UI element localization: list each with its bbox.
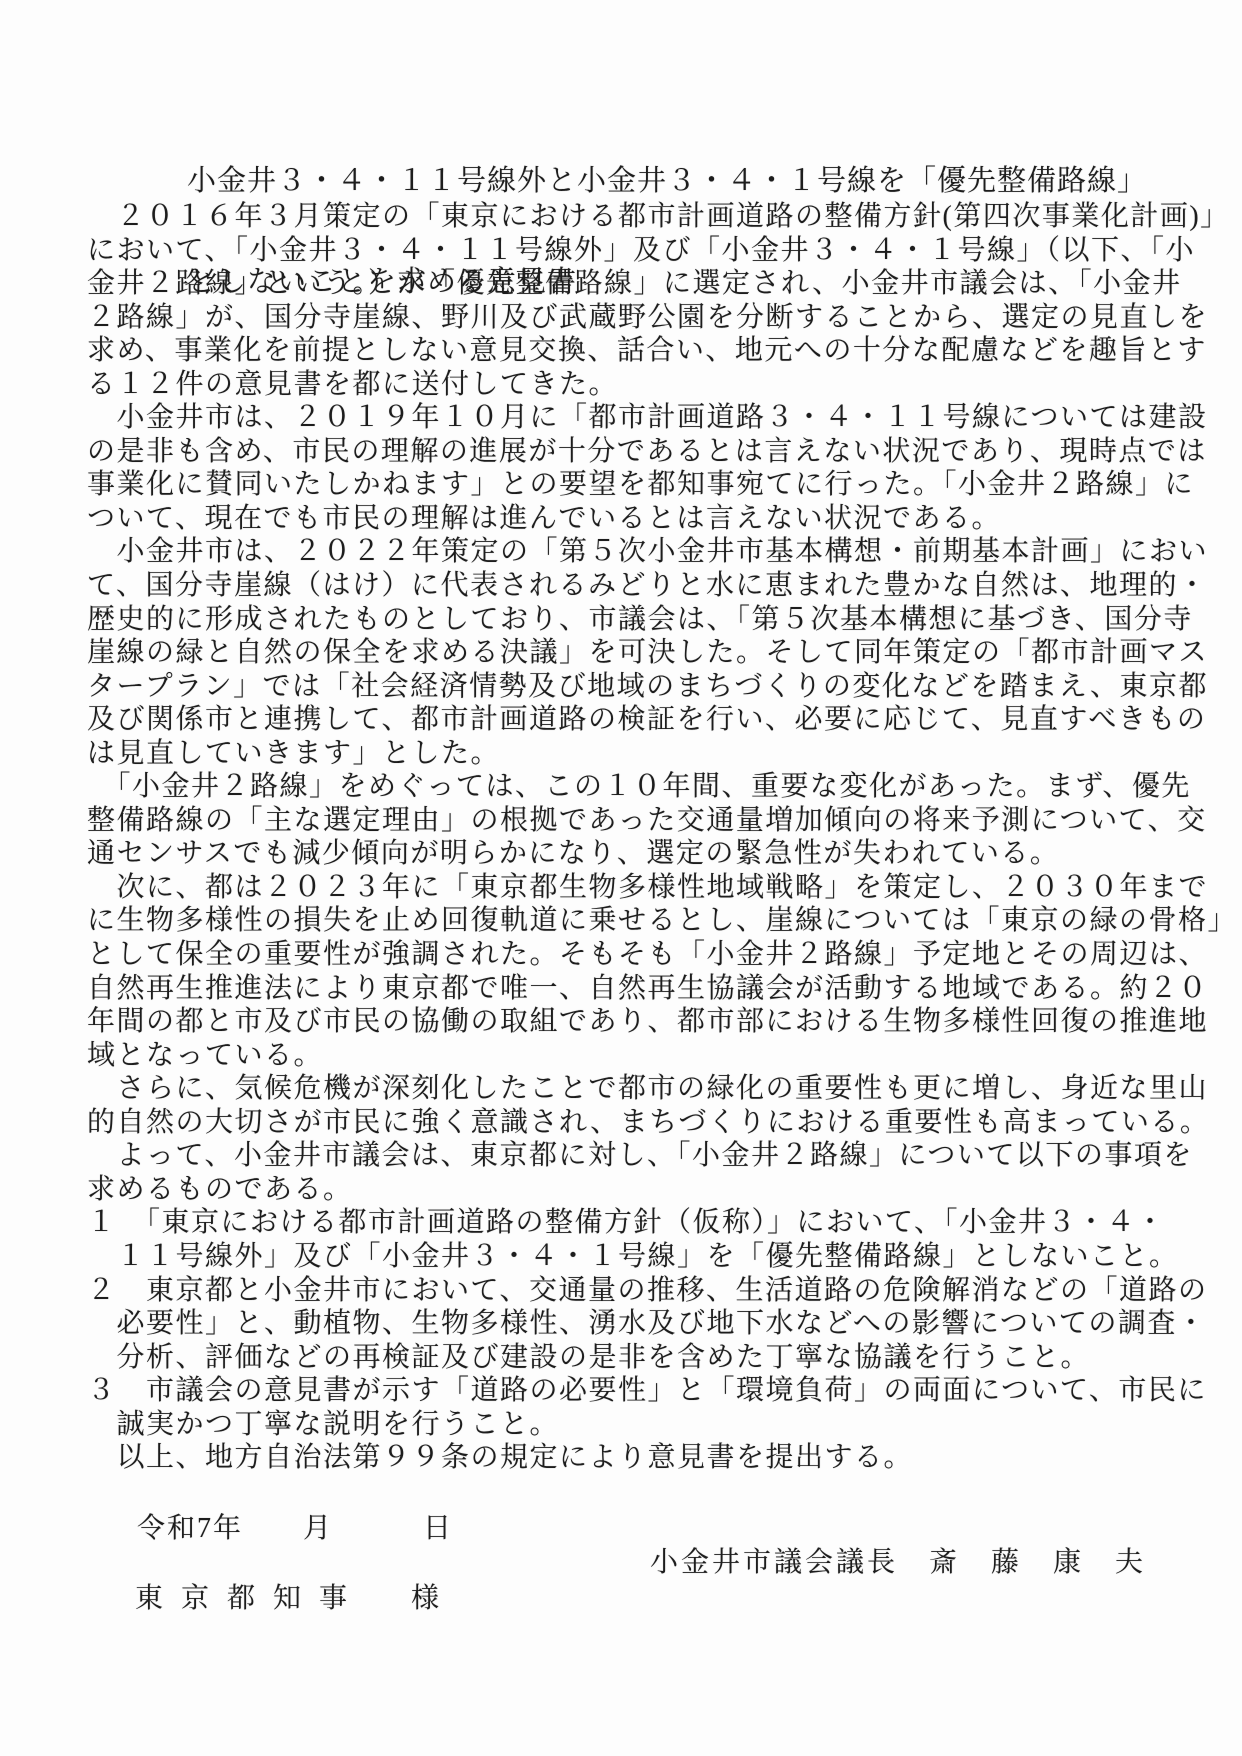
- body-line: 及び関係市と連携して、都市計画道路の検証を行い、必要に応じて、見直すべきもの: [87, 703, 1237, 737]
- body-line: 崖線の緑と自然の保全を求める決議」を可決した。そして同年策定の「都市計画マス: [87, 636, 1237, 670]
- body-line: ２路線」が、国分寺崖線、野川及び武蔵野公園を分断することから、選定の見直しを: [87, 301, 1237, 335]
- body-line: １ 「東京における都市計画道路の整備方針（仮称）」において、「小金井３・４・: [87, 1206, 1237, 1240]
- body-line: は見直していきます」とした。: [87, 737, 1237, 771]
- body-line: として保全の重要性が強調された。そもそも「小金井２路線」予定地とその周辺は、: [87, 938, 1237, 972]
- signature-line: 小金井市議会議長 斎 藤 康 夫: [650, 1540, 1146, 1580]
- body-line: において、「小金井３・４・１１号線外」及び「小金井３・４・１号線」（以下、「小: [87, 234, 1237, 268]
- body-line: ２０１６年３月策定の「東京における都市計画道路の整備方針(第四次事業化計画)」: [87, 200, 1237, 234]
- body-line: 小金井市は、２０１９年１０月に「都市計画道路３・４・１１号線については建設: [87, 401, 1237, 435]
- body-line: 歴史的に形成されたものとしており、市議会は、「第５次基本構想に基づき、国分寺: [87, 603, 1237, 637]
- body-line: 「小金井２路線」をめぐっては、この１０年間、重要な変化があった。まず、優先: [87, 770, 1237, 804]
- body-line: さらに、気候危機が深刻化したことで都市の緑化の重要性も更に増し、身近な里山: [87, 1072, 1237, 1106]
- body-line: 誠実かつ丁寧な説明を行うこと。: [87, 1408, 1237, 1442]
- body-line: １１号線外」及び「小金井３・４・１号線」を「優先整備路線」としないこと。: [87, 1240, 1237, 1274]
- body-line: 必要性」と、動植物、生物多様性、湧水及び地下水などへの影響についての調査・: [87, 1307, 1237, 1341]
- body-line: 的自然の大切さが市民に強く意識され、まちづくりにおける重要性も高まっている。: [87, 1106, 1237, 1140]
- body-line: 分析、評価などの再検証及び建設の是非を含めた丁寧な協議を行うこと。: [87, 1341, 1237, 1375]
- body-line: 金井２路線」という。）が「優先整備路線」に選定され、小金井市議会は、「小金井: [87, 267, 1237, 301]
- body-line: 整備路線の「主な選定理由」の根拠であった交通量増加傾向の将来予測について、交: [87, 804, 1237, 838]
- scanned-opinion-letter-page: 小金井３・４・１１号線外と小金井３・４・１号線を「優先整備路線」 としないことを…: [0, 0, 1242, 1756]
- document-body: ２０１６年３月策定の「東京における都市計画道路の整備方針(第四次事業化計画)」に…: [87, 200, 1237, 1475]
- body-line: て、国分寺崖線（はけ）に代表されるみどりと水に恵まれた豊かな自然は、地理的・: [87, 569, 1237, 603]
- body-line: ３ 市議会の意見書が示す「道路の必要性」と「環境負荷」の両面について、市民に: [87, 1374, 1237, 1408]
- body-line: 以上、地方自治法第９９条の規定により意見書を提出する。: [87, 1441, 1237, 1475]
- body-line: 年間の都と市及び市民の協働の取組であり、都市部における生物多様性回復の推進地: [87, 1005, 1237, 1039]
- body-line: 通センサスでも減少傾向が明らかになり、選定の緊急性が失われている。: [87, 837, 1237, 871]
- body-line: ついて、現在でも市民の理解は進んでいるとは言えない状況である。: [87, 502, 1237, 536]
- body-line: ２ 東京都と小金井市において、交通量の推移、生活道路の危険解消などの「道路の: [87, 1274, 1237, 1308]
- body-line: 域となっている。: [87, 1039, 1237, 1073]
- body-line: 事業化に賛同いたしかねます」との要望を都知事宛てに行った。「小金井２路線」に: [87, 468, 1237, 502]
- body-line: 求めるものである。: [87, 1173, 1237, 1207]
- body-line: よって、小金井市議会は、東京都に対し、「小金井２路線」について以下の事項を: [87, 1139, 1237, 1173]
- date-line: 令和7年 月 日: [137, 1506, 453, 1546]
- body-line: 小金井市は、２０２２年策定の「第５次小金井市基本構想・前期基本計画」におい: [87, 535, 1237, 569]
- body-line: の是非も含め、市民の理解の進展が十分であるとは言えない状況であり、現時点では: [87, 435, 1237, 469]
- title-line: 小金井３・４・１１号線外と小金井３・４・１号線を「優先整備路線」: [187, 165, 1147, 199]
- body-line: 求め、事業化を前提としない意見交換、話合い、地元への十分な配慮などを趣旨とす: [87, 334, 1237, 368]
- body-line: る１２件の意見書を都に送付してきた。: [87, 368, 1237, 402]
- body-line: に生物多様性の損失を止め回復軌道に乗せるとし、崖線については「東京の緑の骨格」: [87, 904, 1237, 938]
- body-line: 次に、都は２０２３年に「東京都生物多様性地域戦略」を策定し、２０３０年まで: [87, 871, 1237, 905]
- addressee-line: 東京都知事 様: [135, 1576, 457, 1616]
- body-line: 自然再生推進法により東京都で唯一、自然再生協議会が活動する地域である。約２０: [87, 972, 1237, 1006]
- body-line: タープラン」では「社会経済情勢及び地域のまちづくりの変化などを踏まえ、東京都: [87, 670, 1237, 704]
